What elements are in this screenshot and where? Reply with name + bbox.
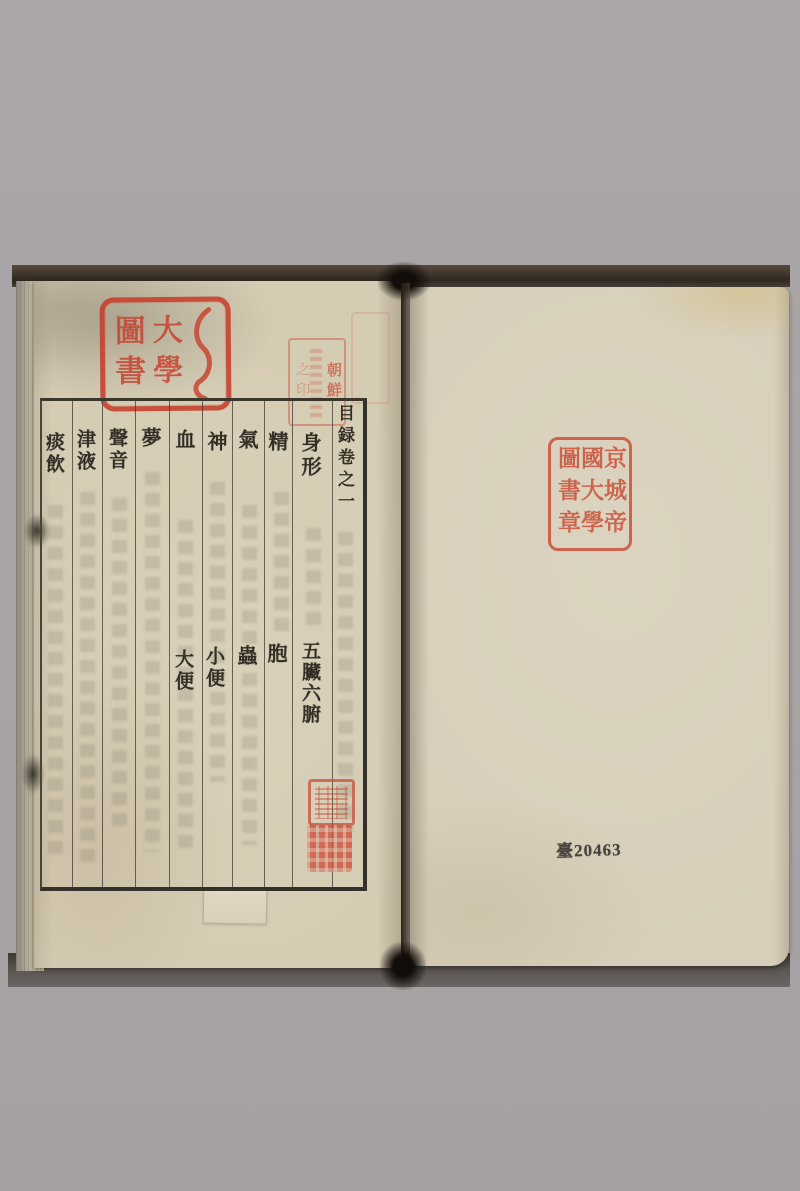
seal-text-column: 朝鮮 — [325, 362, 340, 402]
seal-text-column: 京城帝 — [602, 446, 625, 542]
toc-entry: 神 — [205, 431, 225, 455]
column-rule — [135, 401, 136, 887]
toc-entry-lower: 大便 — [173, 649, 192, 693]
right-page — [410, 287, 789, 966]
library-seal-large: 大學 圖書 — [100, 296, 232, 411]
toc-entry-lower: 胞 — [265, 643, 285, 667]
column-rule — [102, 401, 103, 887]
toc-entry: 血 — [173, 429, 193, 453]
seal-text-column: 國大學 — [579, 446, 602, 542]
book-gutter — [401, 283, 410, 961]
bleed-through — [80, 492, 95, 862]
collector-seal-upper — [308, 779, 355, 826]
toc-entry-lower: 小便 — [204, 646, 223, 690]
column-rule — [232, 401, 233, 887]
bleed-through — [210, 482, 225, 782]
column-rule — [169, 401, 170, 887]
book-scan-photo: 大學 圖書 朝鮮 之印 目録卷之一 身形 精 氣 神 血 夢 聲音 津液 痰飲 … — [0, 0, 800, 1191]
column-rule — [202, 401, 203, 887]
toc-entry: 痰飲 — [44, 432, 63, 476]
toc-entry: 聲音 — [107, 428, 126, 472]
seal-text-column: 圖書 — [112, 314, 144, 394]
seal-text-column: 之印 — [294, 362, 308, 402]
seal-text-column: 大學 — [149, 314, 180, 394]
accession-number-stamp: 臺20463 — [556, 835, 622, 862]
toc-entry-lower: 五臟六腑 — [300, 641, 319, 725]
bleed-through — [112, 498, 127, 828]
bleed-through — [274, 492, 289, 632]
bleed-through — [48, 505, 63, 855]
column-rule — [292, 401, 293, 887]
library-seal-right-page: 京城帝 國大學 圖書章 — [548, 437, 632, 551]
repair-tape-patch — [203, 887, 268, 924]
bleed-through — [306, 528, 321, 633]
bleed-through — [242, 505, 257, 845]
library-seal-ghost — [351, 312, 390, 404]
bleed-through — [145, 472, 160, 852]
gutter-shadow-bottom — [380, 942, 426, 990]
toc-entry: 津液 — [75, 429, 94, 473]
toc-entry: 夢 — [139, 427, 159, 451]
toc-entry: 身形 — [299, 432, 319, 480]
toc-entry: 氣 — [236, 429, 256, 453]
toc-header: 目録卷之一 — [336, 404, 353, 514]
collector-seal-lower — [307, 825, 352, 872]
toc-entry: 精 — [266, 431, 286, 455]
toc-entry-lower: 蟲 — [235, 645, 255, 669]
seal-script-glyph — [185, 304, 220, 404]
column-rule — [72, 401, 73, 887]
seal-text-column: 圖書章 — [556, 446, 579, 542]
